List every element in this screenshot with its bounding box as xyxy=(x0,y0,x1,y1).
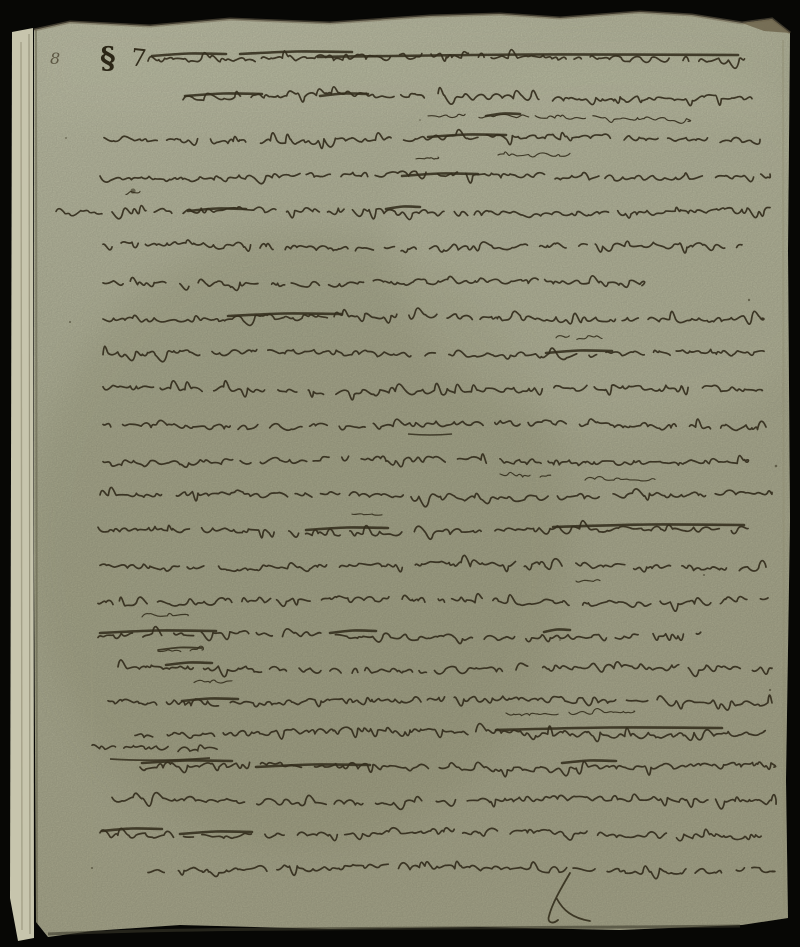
right-edge-shade xyxy=(783,40,784,910)
ink-speck xyxy=(419,119,421,121)
binding-crease xyxy=(36,30,37,936)
manuscript-scan: 8 § 7 xyxy=(0,0,800,947)
ink-speck xyxy=(769,689,771,691)
ink-speck xyxy=(91,867,93,869)
page-number: 8 xyxy=(50,49,60,68)
ink-speck xyxy=(130,188,135,193)
section-number: 7 xyxy=(130,43,148,72)
ink-speck xyxy=(69,321,71,323)
ink-speck xyxy=(65,137,67,139)
ink-speck xyxy=(775,465,778,468)
fold-line xyxy=(91,640,92,930)
ink-speck xyxy=(748,299,750,301)
section-mark: § xyxy=(100,41,116,76)
ink-speck xyxy=(703,574,705,576)
ink-speck xyxy=(559,639,561,641)
scan-canvas: 8 § 7 xyxy=(0,0,800,947)
paper-texture xyxy=(0,0,800,947)
